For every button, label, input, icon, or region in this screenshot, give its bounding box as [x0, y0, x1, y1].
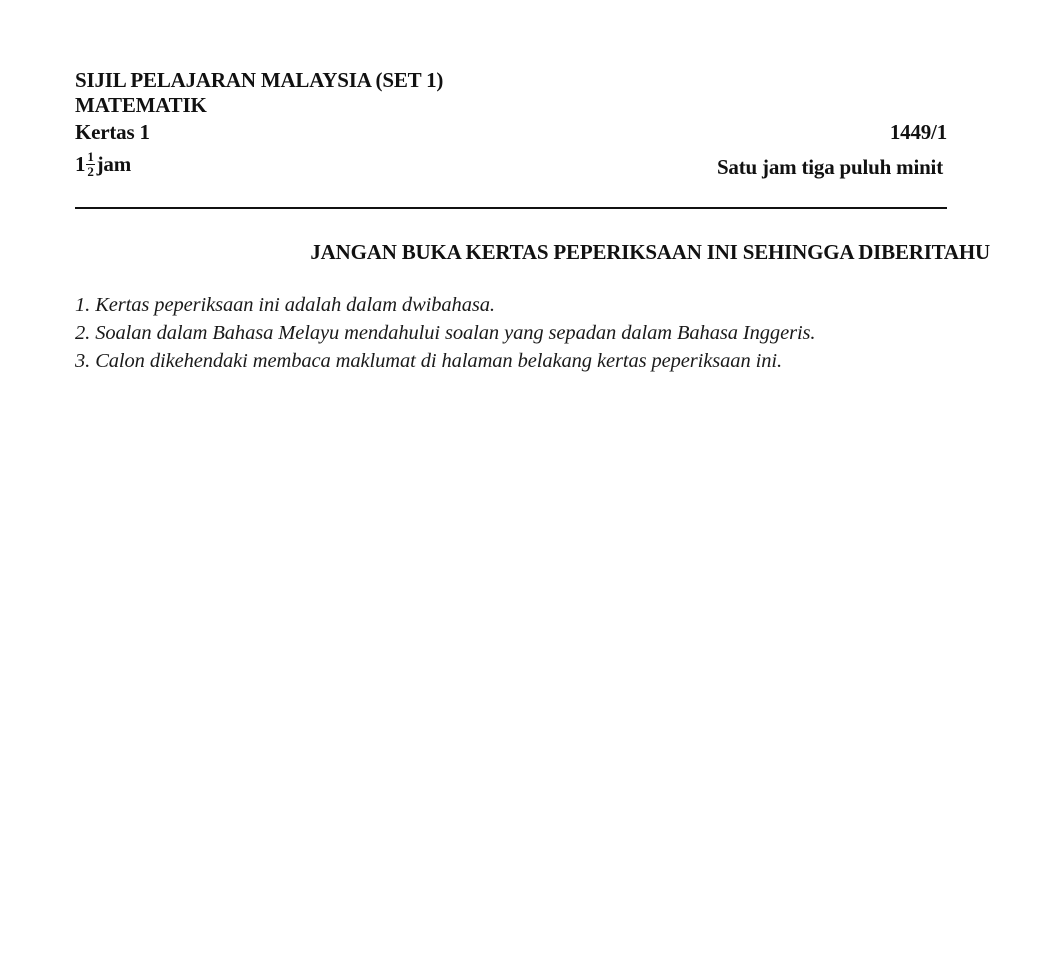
fraction-numerator: 1: [86, 151, 94, 165]
subject-title: MATEMATIK: [75, 93, 207, 117]
header-divider: [75, 207, 947, 209]
instruction-item: 3. Calon dikehendaki membaca maklumat di…: [75, 347, 815, 375]
exam-title: SIJIL PELAJARAN MALAYSIA (SET 1): [75, 68, 443, 92]
instruction-item: 1. Kertas peperiksaan ini adalah dalam d…: [75, 291, 815, 319]
duration-fraction: 12: [86, 151, 94, 178]
instructions-list: 1. Kertas peperiksaan ini adalah dalam d…: [75, 291, 815, 375]
warning-heading: JANGAN BUKA KERTAS PEPERIKSAAN INI SEHIN…: [150, 240, 990, 264]
paper-label: Kertas 1: [75, 120, 150, 144]
paper-code: 1449/1: [890, 120, 947, 144]
instruction-item: 2. Soalan dalam Bahasa Melayu mendahului…: [75, 319, 815, 347]
duration: 112jam: [75, 152, 131, 180]
duration-whole: 1: [75, 152, 85, 176]
duration-unit: jam: [97, 152, 131, 176]
duration-words: Satu jam tiga puluh minit: [717, 155, 943, 179]
fraction-denominator: 2: [86, 165, 94, 178]
